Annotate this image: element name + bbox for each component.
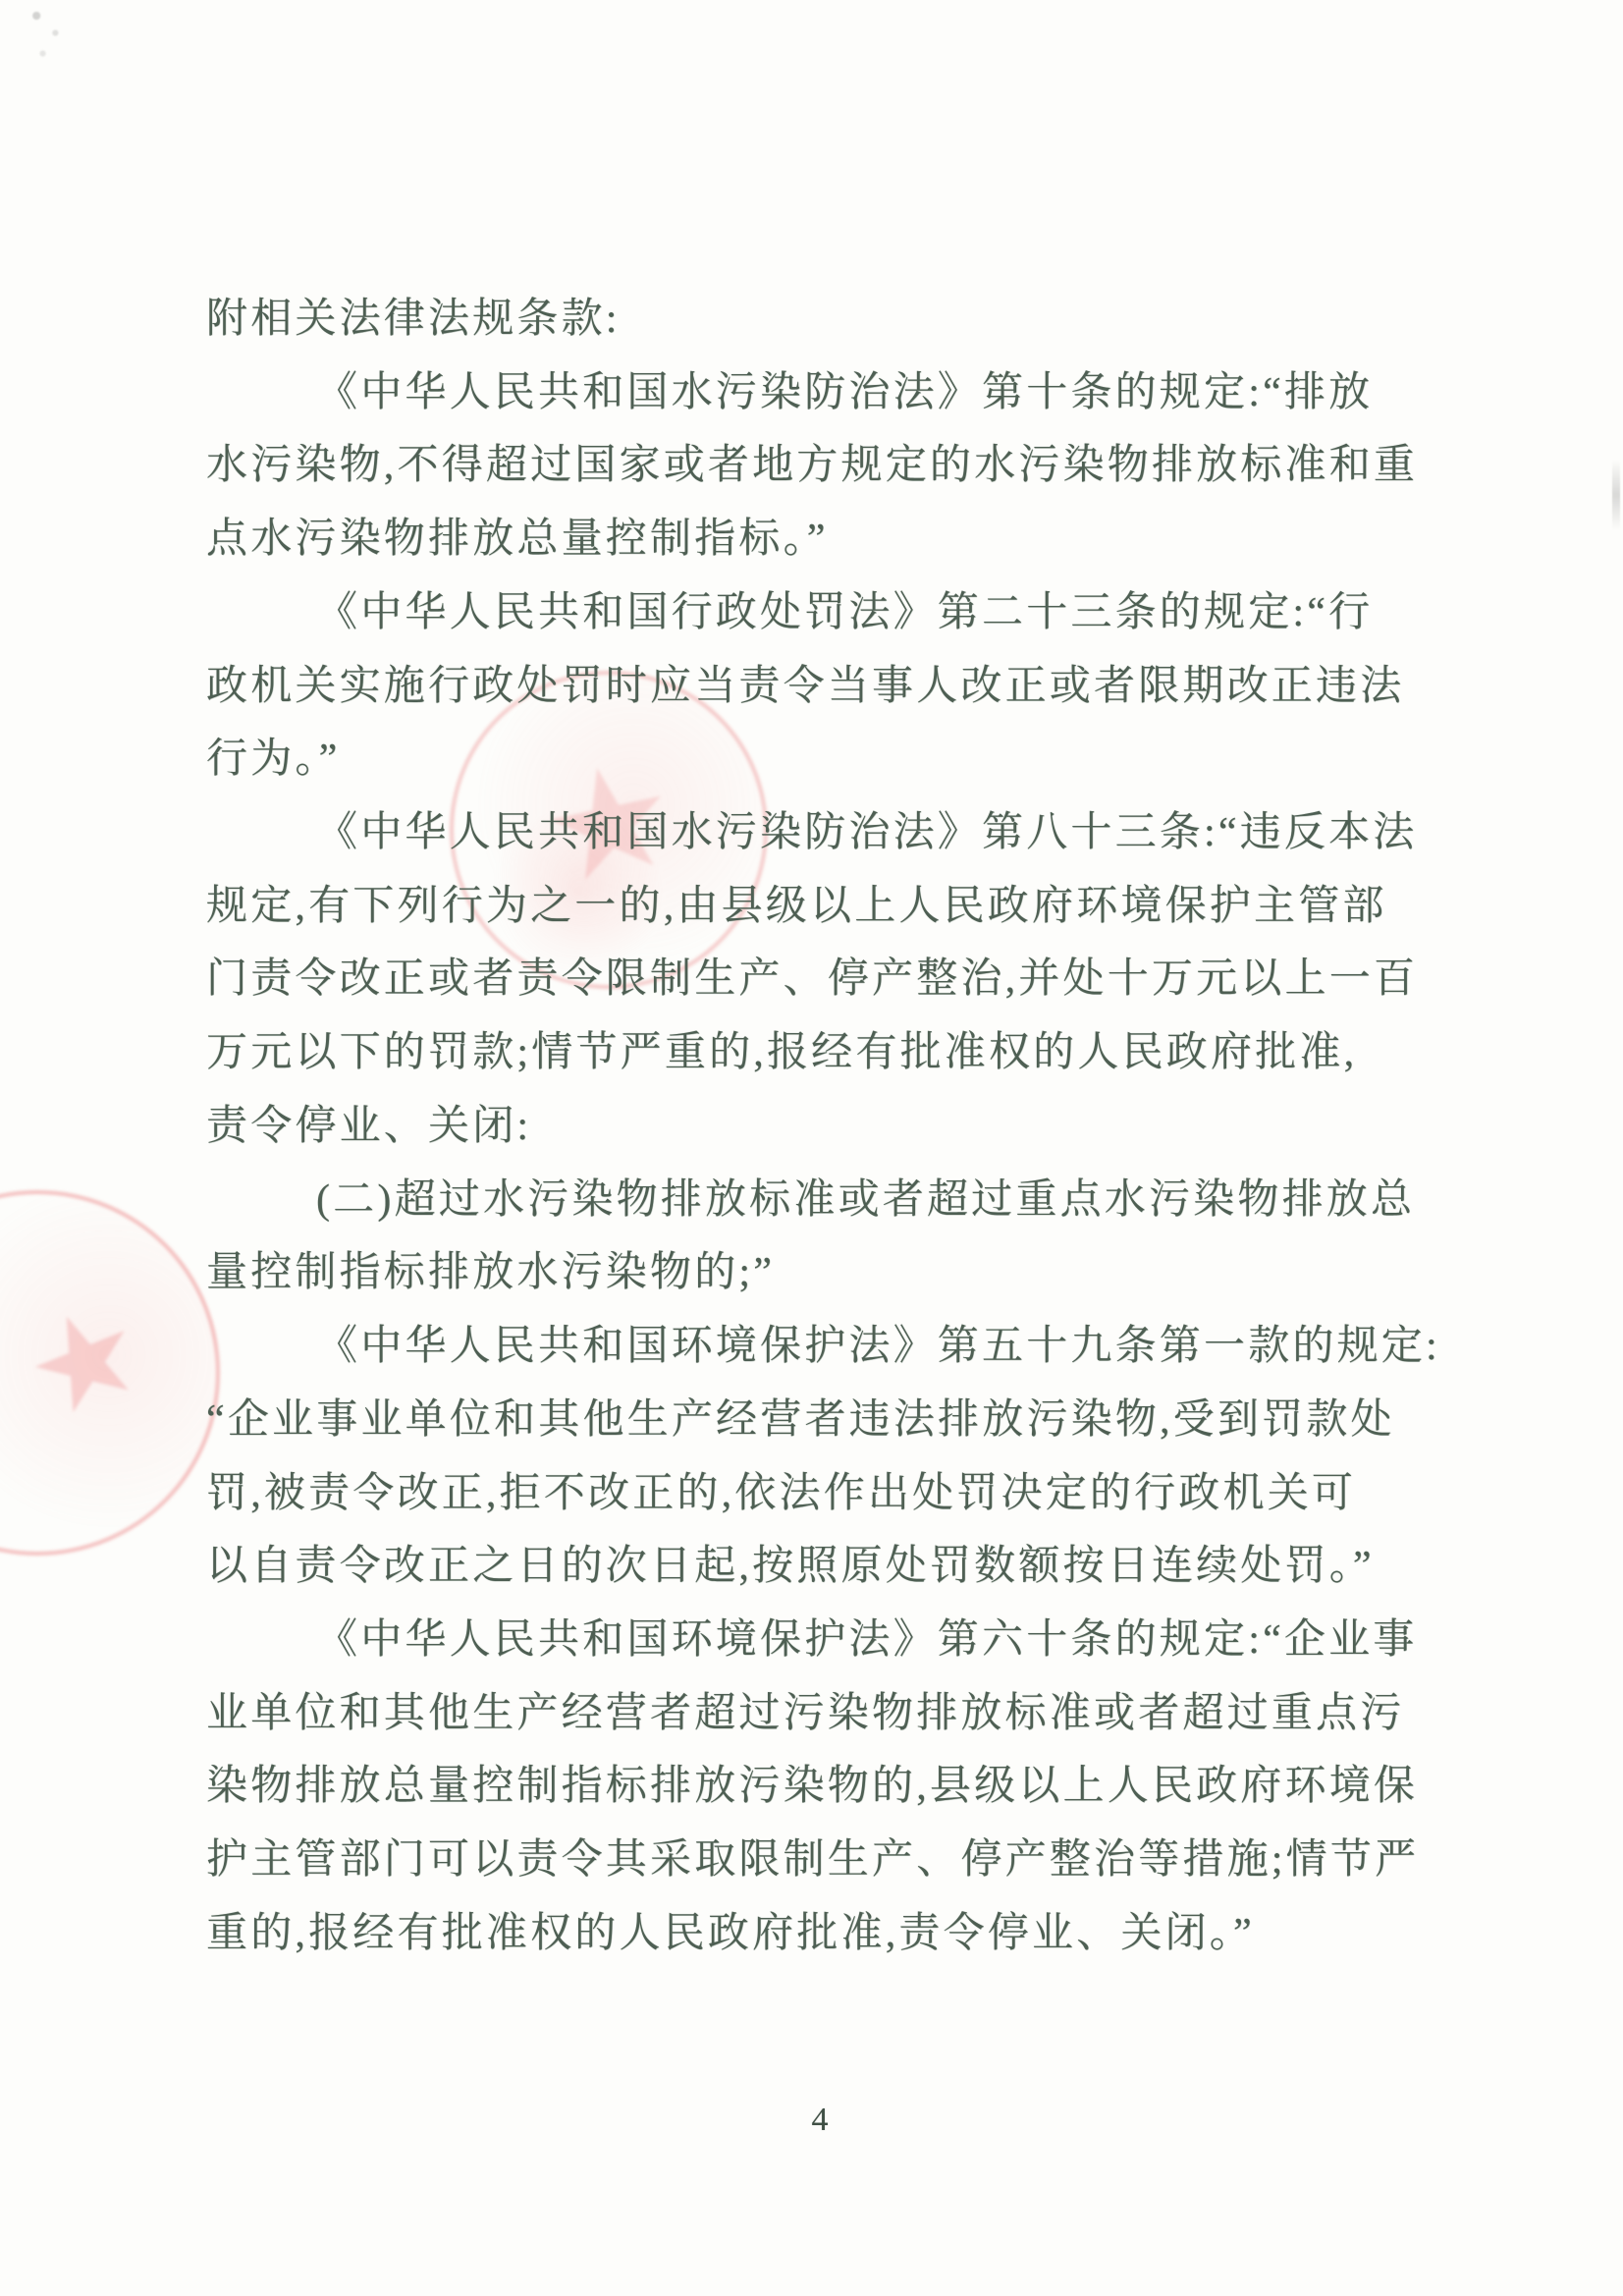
document-line: 政机关实施行政处罚时应当责令当事人改正或者限期改正违法 [206, 650, 1473, 724]
scanned-document-page: ★ ★ 附相关法律法规条款: 《中华人民共和国水污染防治法》第十条的规定:“排放… [0, 0, 1623, 2296]
document-line: 规定,有下列行为之一的,由县级以上人民政府环境保护主管部 [206, 870, 1473, 944]
document-line: 《中华人民共和国环境保护法》第五十九条第一款的规定: [206, 1310, 1473, 1384]
document-line: 水污染物,不得超过国家或者地方规定的水污染物排放标准和重 [206, 429, 1473, 503]
document-line: 染物排放总量控制指标排放污染物的,县级以上人民政府环境保 [206, 1750, 1473, 1824]
document-line: 以自责令改正之日的次日起,按照原处罚数额按日连续处罚。” [206, 1530, 1473, 1604]
document-line: 业单位和其他生产经营者超过污染物排放标准或者超过重点污 [206, 1677, 1473, 1751]
legal-text-block: 附相关法律法规条款: 《中华人民共和国水污染防治法》第十条的规定:“排放 水污染… [206, 283, 1473, 1971]
page-number: 4 [756, 2102, 884, 2139]
document-line: 万元以下的罚款;情节严重的,报经有批准权的人民政府批准, [206, 1016, 1473, 1090]
document-line: (二)超过水污染物排放标准或者超过重点水污染物排放总 [206, 1164, 1473, 1237]
document-line: 重的,报经有批准权的人民政府批准,责令停业、关闭。” [206, 1897, 1473, 1971]
scan-artifact-top-left [18, 2, 81, 71]
document-line: 《中华人民共和国行政处罚法》第二十三条的规定:“行 [206, 576, 1473, 650]
document-line: 门责令改正或者责令限制生产、停产整治,并处十万元以上一百 [206, 943, 1473, 1016]
document-line: “企业事业单位和其他生产经营者违法排放污染物,受到罚款处 [206, 1384, 1473, 1457]
document-line: 《中华人民共和国水污染防治法》第十条的规定:“排放 [206, 356, 1473, 430]
document-line: 《中华人民共和国环境保护法》第六十条的规定:“企业事 [206, 1604, 1473, 1677]
document-line: 《中华人民共和国水污染防治法》第八十三条:“违反本法 [206, 796, 1473, 870]
scan-artifact-right-edge [1612, 460, 1620, 530]
document-line: 点水污染物排放总量控制指标。” [206, 503, 1473, 576]
document-line: 护主管部门可以责令其采取限制生产、停产整治等措施;情节严 [206, 1824, 1473, 1897]
document-line: 罚,被责令改正,拒不改正的,依法作出处罚决定的行政机关可 [206, 1457, 1473, 1531]
document-line: 责令停业、关闭: [206, 1090, 1473, 1164]
document-line: 行为。” [206, 723, 1473, 796]
document-line: 量控制指标排放水污染物的;” [206, 1236, 1473, 1310]
attachment-heading: 附相关法律法规条款: [206, 283, 1473, 356]
seal-star-icon: ★ [5, 1273, 164, 1450]
red-official-seal-stamp-left-edge: ★ [0, 1190, 220, 1556]
